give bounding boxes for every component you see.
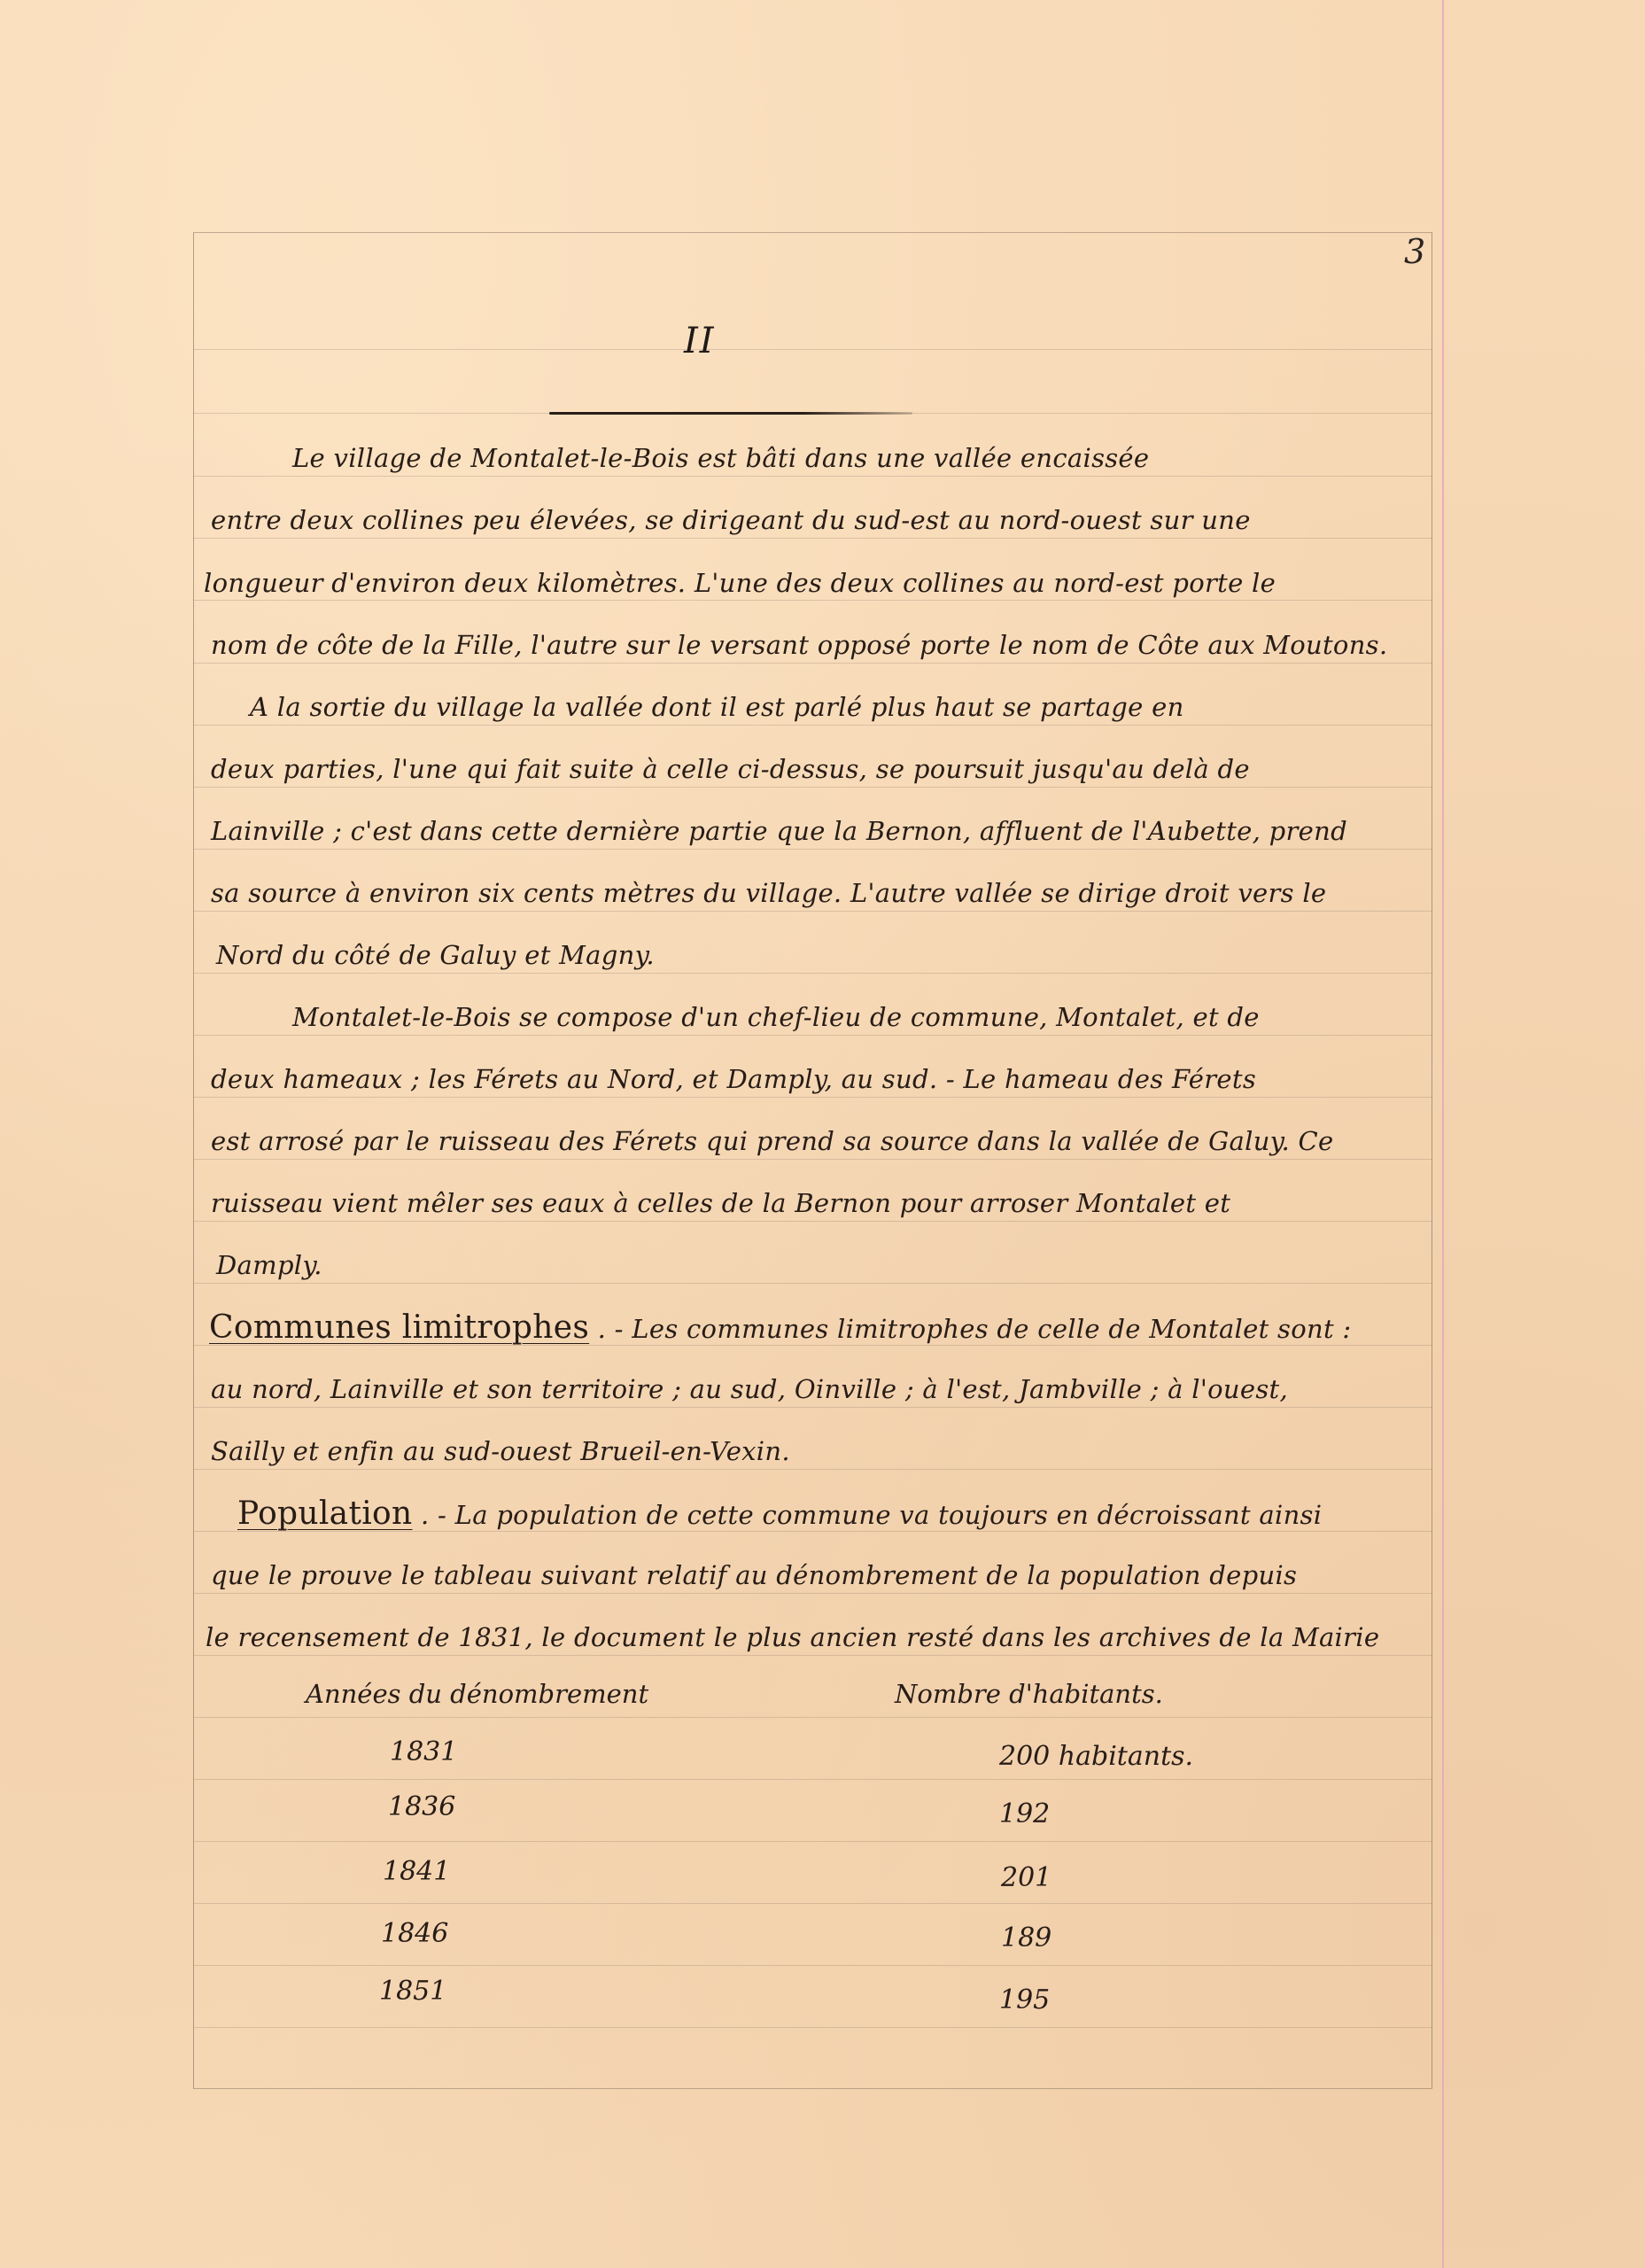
- page-number: 3: [1404, 232, 1425, 271]
- text-line: A la sortie du village la vallée dont il…: [250, 692, 1184, 722]
- ruled-line: [193, 1965, 1432, 1966]
- text-line: le recensement de 1831, le document le p…: [206, 1622, 1379, 1652]
- ruled-line: [193, 2027, 1432, 2028]
- table-cell-inhabitants: 189: [1001, 1922, 1051, 1953]
- ruled-line: [193, 538, 1432, 539]
- ruled-line: [193, 1159, 1432, 1160]
- ruled-line: [193, 849, 1432, 850]
- ruled-line: [193, 1035, 1432, 1036]
- text-line: au nord, Lainville et son territoire ; a…: [211, 1374, 1288, 1404]
- text-line: Population . - La population de cette co…: [237, 1495, 1322, 1532]
- section-number: II: [684, 321, 716, 361]
- table-cell-year: 1841: [383, 1856, 450, 1887]
- table-cell-inhabitants: 192: [999, 1798, 1050, 1829]
- ruled-line: [193, 1097, 1432, 1098]
- text-line: ruisseau vient mêler ses eaux à celles d…: [211, 1188, 1230, 1218]
- text-line: nom de côte de la Fille, l'autre sur le …: [211, 630, 1387, 660]
- table-cell-inhabitants: 195: [999, 1984, 1050, 2016]
- table-cell-year: 1836: [388, 1791, 455, 1822]
- text-line: longueur d'environ deux kilomètres. L'un…: [204, 568, 1276, 598]
- ruled-line: [193, 1903, 1432, 1904]
- text-line: Nord du côté de Galuy et Magny.: [216, 940, 655, 970]
- section-heading-population: Population: [237, 1495, 412, 1532]
- text-line: Communes limitrophes . - Les communes li…: [209, 1309, 1352, 1346]
- red-margin-line: [1442, 0, 1444, 2268]
- text-line: Montalet-le-Bois se compose d'un chef-li…: [292, 1002, 1260, 1032]
- table-header-inhabitants: Nombre d'habitants.: [895, 1679, 1163, 1709]
- table-cell-year: 1851: [379, 1976, 446, 2007]
- ruled-line: [193, 1407, 1432, 1408]
- text-line: est arrosé par le ruisseau des Férets qu…: [211, 1126, 1334, 1156]
- text-line: sa source à environ six cents mètres du …: [211, 878, 1326, 908]
- ruled-line: [193, 1469, 1432, 1470]
- text-fragment: . - La population de cette commune va to…: [412, 1500, 1322, 1530]
- ruled-line: [193, 1841, 1432, 1842]
- ruled-line: [193, 1593, 1432, 1594]
- text-line: deux hameaux ; les Férets au Nord, et Da…: [211, 1064, 1256, 1094]
- ruled-line: [193, 725, 1432, 726]
- section-divider: [549, 412, 912, 415]
- text-line: deux parties, l'une qui fait suite à cel…: [211, 754, 1250, 784]
- ruled-line: [193, 1283, 1432, 1284]
- ruled-line: [193, 1221, 1432, 1222]
- text-line: Sailly et enfin au sud-ouest Brueil-en-V…: [211, 1436, 790, 1466]
- ruled-line: [193, 911, 1432, 912]
- ruled-line: [193, 787, 1432, 788]
- ruled-line: [193, 1779, 1432, 1780]
- text-line: Damply.: [216, 1250, 322, 1280]
- ruled-line: [193, 973, 1432, 974]
- table-cell-year: 1831: [390, 1736, 457, 1767]
- ruled-line: [193, 600, 1432, 601]
- ruled-line: [193, 349, 1432, 350]
- ruled-line: [193, 476, 1432, 477]
- table-header-year: Années du dénombrement: [306, 1679, 648, 1709]
- table-cell-year: 1846: [381, 1918, 448, 1949]
- ruled-line: [193, 663, 1432, 664]
- text-line: entre deux collines peu élevées, se diri…: [211, 505, 1251, 535]
- table-cell-inhabitants: 200 habitants.: [999, 1741, 1193, 1772]
- text-line: Le village de Montalet-le-Bois est bâti …: [292, 443, 1149, 473]
- text-line: que le prouve le tableau suivant relatif…: [211, 1560, 1297, 1590]
- section-heading-communes: Communes limitrophes: [209, 1309, 589, 1346]
- text-fragment: . - Les communes limitrophes de celle de…: [589, 1314, 1351, 1344]
- text-line: Lainville ; c'est dans cette dernière pa…: [211, 816, 1347, 846]
- ruled-line: [193, 1655, 1432, 1656]
- ruled-line: [193, 1717, 1432, 1718]
- table-cell-inhabitants: 201: [1001, 1862, 1051, 1893]
